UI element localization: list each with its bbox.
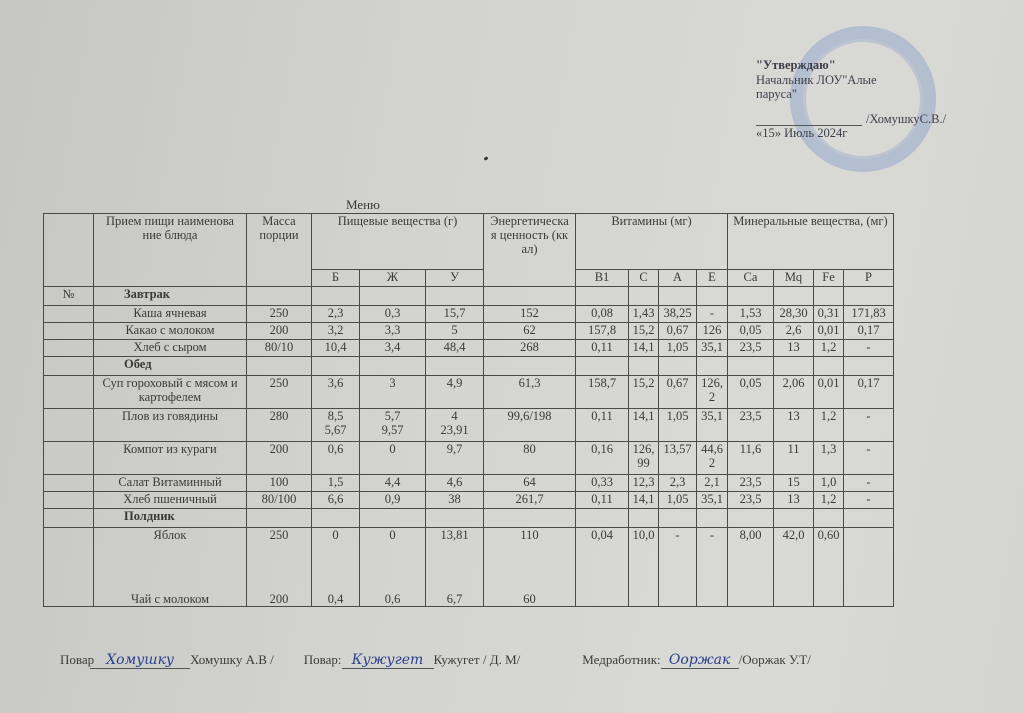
cook1-label: Повар (60, 652, 94, 668)
empty-cell (728, 287, 774, 306)
signatures-footer: Повар Хомушку Хомушку А.В / Повар: Кужуг… (60, 652, 811, 669)
empty-cell (774, 357, 814, 376)
empty-cell (814, 287, 844, 306)
cell-b1: 158,7 (576, 376, 629, 409)
cell-zh: 0 (360, 528, 426, 591)
cell-p: 171,83 (844, 306, 894, 323)
cell-mq: 42,0 (774, 528, 814, 591)
cell-mq: 28,30 (774, 306, 814, 323)
cell-zh: 0 (360, 442, 426, 475)
cell-energy: 268 (484, 340, 576, 357)
cell-energy: 261,7 (484, 492, 576, 509)
cell-p: - (844, 475, 894, 492)
cell-fe: 0,01 (814, 323, 844, 340)
dish-name: Чай с молоком (94, 590, 247, 607)
cell-energy: 61,3 (484, 376, 576, 409)
cook1-name: Хомушку А.В / (190, 652, 274, 668)
header-num (44, 214, 94, 287)
cell-mq (774, 590, 814, 607)
menu-title: Меню (346, 197, 380, 213)
cell-mq: 2,6 (774, 323, 814, 340)
empty-cell (576, 287, 629, 306)
cell-energy: 62 (484, 323, 576, 340)
cell-zh: 3,4 (360, 340, 426, 357)
cell-energy: 64 (484, 475, 576, 492)
cell-b1 (576, 590, 629, 607)
table-row: Салат Витаминный1001,54,44,6640,3312,32,… (44, 475, 894, 492)
table-row: Хлеб с сыром80/1010,43,448,42680,1114,11… (44, 340, 894, 357)
cell-mq: 15 (774, 475, 814, 492)
cell-c (629, 590, 659, 607)
table-row: Компот из кураги2000,609,7800,16126, 991… (44, 442, 894, 475)
cell-mass: 80/100 (247, 492, 312, 509)
cell-fe: 1,2 (814, 409, 844, 442)
header-fe: Fe (814, 270, 844, 287)
empty-cell (312, 287, 360, 306)
cell-energy: 110 (484, 528, 576, 591)
approval-title: "Утверждаю" (756, 58, 996, 73)
table-row: Плов из говядины2808,5 5,675,7 9,574 23,… (44, 409, 894, 442)
med-label: Медработник: (582, 652, 660, 668)
header-ca: Ca (728, 270, 774, 287)
cell-p: - (844, 409, 894, 442)
dish-name: Компот из кураги (94, 442, 247, 475)
cell-p (844, 590, 894, 607)
cell-b1: 0,08 (576, 306, 629, 323)
row-number (44, 492, 94, 509)
header-mq: Mq (774, 270, 814, 287)
table-row: Какао с молоком2003,23,3562157,815,20,67… (44, 323, 894, 340)
empty-cell (728, 509, 774, 528)
cell-ca (728, 590, 774, 607)
cell-u: 9,7 (426, 442, 484, 475)
empty-cell (814, 509, 844, 528)
dish-name: Яблок (94, 528, 247, 591)
header-mass: Масса порции (247, 214, 312, 287)
med-name: /Ооржак У.Т/ (739, 652, 811, 668)
cell-a: 13,57 (659, 442, 697, 475)
cell-ca: 8,00 (728, 528, 774, 591)
cell-c: 1,43 (629, 306, 659, 323)
row-number (44, 340, 94, 357)
row-number (44, 509, 94, 528)
cell-mq: 13 (774, 492, 814, 509)
cell-zh: 0,6 (360, 590, 426, 607)
empty-cell (247, 287, 312, 306)
cell-b: 0,4 (312, 590, 360, 607)
empty-cell (247, 509, 312, 528)
empty-cell (360, 287, 426, 306)
empty-cell (697, 509, 728, 528)
cell-mass: 200 (247, 442, 312, 475)
cell-mass: 100 (247, 475, 312, 492)
cell-p (844, 528, 894, 591)
cell-a (659, 590, 697, 607)
cell-mq: 13 (774, 409, 814, 442)
cell-e: - (697, 306, 728, 323)
empty-cell (247, 357, 312, 376)
cell-e: 44,6 2 (697, 442, 728, 475)
table-row: Каша ячневая2502,30,315,71520,081,4338,2… (44, 306, 894, 323)
header-p: P (844, 270, 894, 287)
cell-c: 14,1 (629, 492, 659, 509)
dish-name: Суп гороховый с мясом и картофелем (94, 376, 247, 409)
empty-cell (844, 509, 894, 528)
cell-b1: 0,33 (576, 475, 629, 492)
cell-fe: 1,3 (814, 442, 844, 475)
empty-cell (629, 287, 659, 306)
cook2-signature: Кужугет (342, 652, 434, 669)
cell-e: 35,1 (697, 340, 728, 357)
header-b1: B1 (576, 270, 629, 287)
approval-signatory: /ХомушкуС.В./ (866, 112, 946, 127)
empty-cell (360, 509, 426, 528)
cook2-name: Кужугет / Д. М/ (434, 652, 521, 668)
empty-cell (576, 509, 629, 528)
empty-cell (629, 509, 659, 528)
row-number (44, 409, 94, 442)
cell-b: 2,3 (312, 306, 360, 323)
table-row: Хлеб пшеничный80/1006,60,938261,70,1114,… (44, 492, 894, 509)
menu-table: Прием пищи наименова ние блюда Масса пор… (43, 213, 894, 607)
cell-ca: 0,05 (728, 323, 774, 340)
cell-fe: 0,60 (814, 528, 844, 591)
cell-b1: 0,04 (576, 528, 629, 591)
cell-zh: 0,9 (360, 492, 426, 509)
cell-u: 4 23,91 (426, 409, 484, 442)
dish-name: Плов из говядины (94, 409, 247, 442)
row-number (44, 442, 94, 475)
cell-p: 0,17 (844, 376, 894, 409)
approval-date: «15» Июль 2024г (756, 126, 996, 141)
cell-ca: 0,05 (728, 376, 774, 409)
cell-a: 2,3 (659, 475, 697, 492)
row-number (44, 376, 94, 409)
cell-u: 15,7 (426, 306, 484, 323)
cell-b1: 0,16 (576, 442, 629, 475)
cell-u: 4,6 (426, 475, 484, 492)
cell-e: 126, 2 (697, 376, 728, 409)
header-energy: Энергетическа я ценность (кк ал) (484, 214, 576, 287)
cell-b1: 0,11 (576, 409, 629, 442)
header-c: C (629, 270, 659, 287)
cell-mass: 80/10 (247, 340, 312, 357)
cell-u: 5 (426, 323, 484, 340)
table-row: Суп гороховый с мясом и картофелем2503,6… (44, 376, 894, 409)
cell-mass: 250 (247, 376, 312, 409)
cell-a: 38,25 (659, 306, 697, 323)
empty-cell (484, 509, 576, 528)
cell-e: 126 (697, 323, 728, 340)
section-row: №Завтрак (44, 287, 894, 306)
cell-u: 4,9 (426, 376, 484, 409)
cell-b: 10,4 (312, 340, 360, 357)
cell-energy: 60 (484, 590, 576, 607)
approval-signature-line (756, 112, 862, 126)
cell-mass: 280 (247, 409, 312, 442)
cell-ca: 23,5 (728, 475, 774, 492)
header-a: A (659, 270, 697, 287)
cell-fe (814, 590, 844, 607)
approval-position: Начальник ЛОУ"Алые (756, 73, 996, 88)
empty-cell (814, 357, 844, 376)
empty-cell (629, 357, 659, 376)
row-number (44, 590, 94, 607)
cell-fe: 1,2 (814, 340, 844, 357)
cell-ca: 23,5 (728, 340, 774, 357)
cell-energy: 99,6/198 (484, 409, 576, 442)
row-number (44, 306, 94, 323)
cell-e: 2,1 (697, 475, 728, 492)
header-u: У (426, 270, 484, 287)
cell-a: - (659, 528, 697, 591)
empty-cell (697, 357, 728, 376)
cell-zh: 3,3 (360, 323, 426, 340)
approval-position-cont: паруса" (756, 87, 996, 102)
empty-cell (312, 509, 360, 528)
cell-c: 10,0 (629, 528, 659, 591)
cell-ca: 23,5 (728, 409, 774, 442)
cell-b1: 157,8 (576, 323, 629, 340)
cook2-label: Повар: (304, 652, 342, 668)
cell-zh: 5,7 9,57 (360, 409, 426, 442)
empty-cell (774, 509, 814, 528)
header-zh: Ж (360, 270, 426, 287)
cell-u: 13,81 (426, 528, 484, 591)
section-label: Полдник (94, 509, 247, 528)
dish-name: Салат Витаминный (94, 475, 247, 492)
header-nutrients: Пищевые вещества (г) (312, 214, 484, 270)
cell-e (697, 590, 728, 607)
cell-c: 126, 99 (629, 442, 659, 475)
section-label: Обед (94, 357, 247, 376)
header-b: Б (312, 270, 360, 287)
cell-fe: 1,2 (814, 492, 844, 509)
empty-cell (659, 357, 697, 376)
cell-ca: 1,53 (728, 306, 774, 323)
med-signature: Ооржак (661, 652, 739, 669)
ink-dot (484, 156, 489, 161)
cell-c: 14,1 (629, 409, 659, 442)
empty-cell (774, 287, 814, 306)
cell-p: 0,17 (844, 323, 894, 340)
header-minerals: Минеральные вещества, (мг) (728, 214, 894, 270)
cell-b: 0,6 (312, 442, 360, 475)
cell-energy: 80 (484, 442, 576, 475)
cell-zh: 3 (360, 376, 426, 409)
empty-cell (426, 509, 484, 528)
cell-mass: 200 (247, 323, 312, 340)
cell-e: 35,1 (697, 409, 728, 442)
empty-cell (484, 287, 576, 306)
cell-ca: 23,5 (728, 492, 774, 509)
row-number (44, 323, 94, 340)
dish-name: Каша ячневая (94, 306, 247, 323)
empty-cell (484, 357, 576, 376)
table-row: Яблок2500013,811100,0410,0--8,0042,00,60 (44, 528, 894, 591)
empty-cell (844, 357, 894, 376)
cell-p: - (844, 340, 894, 357)
cell-mass: 250 (247, 306, 312, 323)
header-meal-name: Прием пищи наименова ние блюда (94, 214, 247, 287)
cell-p: - (844, 442, 894, 475)
cell-b1: 0,11 (576, 492, 629, 509)
cell-e: 35,1 (697, 492, 728, 509)
cook1-signature: Хомушку (90, 652, 190, 669)
dish-name: Хлеб с сыром (94, 340, 247, 357)
cell-b: 8,5 5,67 (312, 409, 360, 442)
cell-a: 0,67 (659, 376, 697, 409)
cell-mq: 13 (774, 340, 814, 357)
cell-a: 1,05 (659, 409, 697, 442)
cell-energy: 152 (484, 306, 576, 323)
cell-a: 1,05 (659, 340, 697, 357)
empty-cell (312, 357, 360, 376)
empty-cell (844, 287, 894, 306)
header-e: E (697, 270, 728, 287)
cell-zh: 0,3 (360, 306, 426, 323)
cell-b: 0 (312, 528, 360, 591)
cell-mass: 250 (247, 528, 312, 591)
cell-mq: 2,06 (774, 376, 814, 409)
cell-c: 15,2 (629, 323, 659, 340)
empty-cell (576, 357, 629, 376)
row-number (44, 475, 94, 492)
cell-c: 14,1 (629, 340, 659, 357)
cell-b1: 0,11 (576, 340, 629, 357)
empty-cell (426, 357, 484, 376)
cell-b: 3,6 (312, 376, 360, 409)
empty-cell (659, 509, 697, 528)
cell-a: 0,67 (659, 323, 697, 340)
cell-u: 6,7 (426, 590, 484, 607)
menu-table-body: №ЗавтракКаша ячневая2502,30,315,71520,08… (44, 287, 894, 607)
row-number: № (44, 287, 94, 306)
section-row: Полдник (44, 509, 894, 528)
cell-u: 48,4 (426, 340, 484, 357)
empty-cell (360, 357, 426, 376)
cell-fe: 0,01 (814, 376, 844, 409)
cell-ca: 11,6 (728, 442, 774, 475)
section-label: Завтрак (94, 287, 247, 306)
empty-cell (659, 287, 697, 306)
table-row: Чай с молоком2000,40,66,760 (44, 590, 894, 607)
cell-a: 1,05 (659, 492, 697, 509)
row-number (44, 528, 94, 591)
empty-cell (697, 287, 728, 306)
cell-e: - (697, 528, 728, 591)
section-row: Обед (44, 357, 894, 376)
approval-block: "Утверждаю" Начальник ЛОУ"Алые паруса" /… (756, 58, 996, 141)
cell-mq: 11 (774, 442, 814, 475)
cell-zh: 4,4 (360, 475, 426, 492)
cell-mass: 200 (247, 590, 312, 607)
cell-u: 38 (426, 492, 484, 509)
dish-name: Какао с молоком (94, 323, 247, 340)
cell-b: 3,2 (312, 323, 360, 340)
empty-cell (426, 287, 484, 306)
cell-b: 1,5 (312, 475, 360, 492)
empty-cell (728, 357, 774, 376)
cell-fe: 1,0 (814, 475, 844, 492)
row-number (44, 357, 94, 376)
dish-name: Хлеб пшеничный (94, 492, 247, 509)
cell-c: 15,2 (629, 376, 659, 409)
cell-p: - (844, 492, 894, 509)
cell-c: 12,3 (629, 475, 659, 492)
header-vitamins: Витамины (мг) (576, 214, 728, 270)
cell-b: 6,6 (312, 492, 360, 509)
cell-fe: 0,31 (814, 306, 844, 323)
